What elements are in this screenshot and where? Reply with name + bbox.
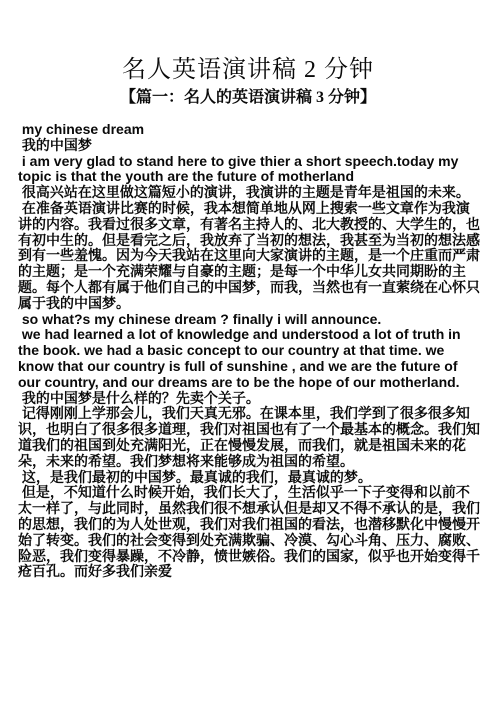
paragraph-english-question: so what?s my chinese dream ? finally i w…: [18, 312, 480, 328]
paragraph-school-memory: 记得刚刚上学那会儿，我们天真无邪。在课本里，我们学到了很多很多知识，也明白了很多…: [18, 406, 480, 469]
paragraph-chinese-intro: 很高兴站在这里做这篇短小的演讲，我演讲的主题是青年是祖国的未来。: [18, 185, 480, 201]
paragraph-growing-up: 但是，不知道什么时候开始，我们长大了，生活似乎一下子变得和以前不太一样了，与此同…: [18, 485, 480, 580]
paragraph-chinese-question: 我的中国梦是什么样的？先卖个关子。: [18, 391, 480, 407]
document-title: 名人英语演讲稿 2 分钟: [0, 56, 496, 84]
paragraph-preparation: 在准备英语演讲比赛的时候，我本想简单地从网上搜索一些文章作为我演讲的内容。我看过…: [18, 201, 480, 312]
paragraph-english-knowledge: we had learned a lot of knowledge and un…: [18, 327, 480, 390]
document-subtitle: 【篇一：名人的英语演讲稿 3 分钟】: [0, 88, 496, 108]
paragraph-english-intro: i am very glad to stand here to give thi…: [18, 154, 480, 186]
document-body: my chinese dream 我的中国梦 i am very glad to…: [18, 122, 480, 580]
paragraph-english-heading: my chinese dream: [18, 122, 480, 138]
paragraph-chinese-heading: 我的中国梦: [18, 138, 480, 154]
paragraph-first-dream: 这，是我们最初的中国梦。最真诚的我们，最真诚的梦。: [18, 470, 480, 486]
document-page: 名人英语演讲稿 2 分钟 【篇一：名人的英语演讲稿 3 分钟】 my chine…: [0, 0, 496, 702]
